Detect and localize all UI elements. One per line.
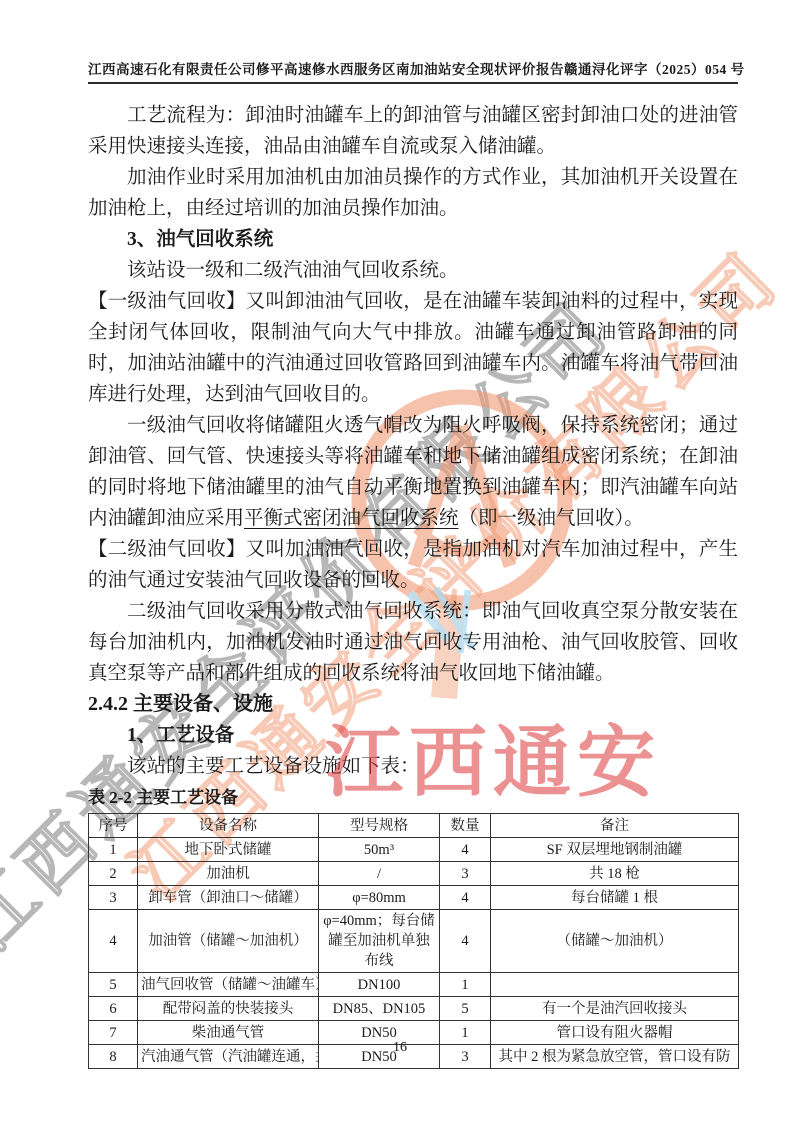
table-body: 1地下卧式储罐50m³4SF 双层埋地钢制油罐2加油机/3共 18 枪3卸车管（…	[89, 838, 739, 1069]
table-header-cell: 备注	[491, 814, 739, 838]
table-cell: 有一个是油汽回收接头	[491, 997, 739, 1021]
table-cell: DN85、DN105	[319, 997, 440, 1021]
table-row: 6配带闷盖的快装接头DN85、DN1055有一个是油汽回收接头	[89, 997, 739, 1021]
table-cell: 配带闷盖的快装接头	[138, 997, 319, 1021]
table-cell: 5	[89, 973, 138, 997]
table-cell: 4	[89, 910, 138, 973]
table-cell	[491, 973, 739, 997]
page-number: 16	[0, 1040, 800, 1056]
table-header-cell: 型号规格	[319, 814, 440, 838]
table-cell: DN100	[319, 973, 440, 997]
table-cell: 1	[89, 838, 138, 862]
text-segment: （即一级油气回收）。	[459, 508, 644, 529]
table-caption: 表 2-2 主要工艺设备	[88, 782, 738, 813]
paragraph-primary-recovery: 【一级油气回收】又叫卸油油气回收，是在油罐车装卸油料的过程中，实现全封闭气体回收…	[88, 286, 738, 410]
table-cell: 地下卧式储罐	[138, 838, 319, 862]
header-doc-number: 赣通浔化评字（2025）054 号	[564, 58, 745, 78]
table-cell: 加油机	[138, 862, 319, 886]
table-cell: （储罐～加油机）	[491, 910, 739, 973]
table-cell: 3	[89, 886, 138, 910]
table-header-row: 序号设备名称型号规格数量备注	[89, 814, 739, 838]
heading-vapor-recovery: 3、油气回收系统	[88, 224, 738, 255]
table-cell: 4	[440, 910, 491, 973]
table-cell: /	[319, 862, 440, 886]
table-header-cell: 设备名称	[138, 814, 319, 838]
table-cell: 4	[440, 886, 491, 910]
table-cell: 5	[440, 997, 491, 1021]
table-cell: φ=40mm；每台储罐至加油机单独布线	[319, 910, 440, 973]
heading-section-242: 2.4.2 主要设备、设施	[88, 689, 738, 720]
table-cell: φ=80mm	[319, 886, 440, 910]
document-body: 工艺流程为：卸油时油罐车上的卸油管与油罐区密封卸油口处的进油管采用快速接头连接，…	[88, 100, 738, 1069]
table-cell: 卸车管（卸油口～储罐）	[138, 886, 319, 910]
table-header-cell: 序号	[89, 814, 138, 838]
paragraph-station-systems: 该站设一级和二级汽油油气回收系统。	[88, 255, 738, 286]
table-cell: 每台储罐 1 根	[491, 886, 739, 910]
paragraph-secondary-recovery-detail: 二级油气回收采用分散式油气回收系统：即油气回收真空泵分散安装在每台加油机内，加油…	[88, 596, 738, 689]
table-cell: 加油管（储罐～加油机）	[138, 910, 319, 973]
table-cell: 50m³	[319, 838, 440, 862]
table-row: 3卸车管（卸油口～储罐）φ=80mm4每台储罐 1 根	[89, 886, 739, 910]
table-cell: 3	[440, 862, 491, 886]
table-cell: 1	[440, 973, 491, 997]
paragraph-table-intro: 该站的主要工艺设备设施如下表：	[88, 751, 738, 782]
table-row: 2加油机/3共 18 枪	[89, 862, 739, 886]
table-row: 5油气回收管（储罐～油罐车）DN1001	[89, 973, 739, 997]
paragraph-process-flow: 工艺流程为：卸油时油罐车上的卸油管与油罐区密封卸油口处的进油管采用快速接头连接，…	[88, 100, 738, 162]
table-cell: 6	[89, 997, 138, 1021]
table-header-cell: 数量	[440, 814, 491, 838]
header-report-title: 江西高速石化有限责任公司修平高速修水西服务区南加油站安全现状评价报告	[88, 58, 564, 78]
heading-process-equipment: 1、工艺设备	[88, 720, 738, 751]
table-cell: SF 双层埋地钢制油罐	[491, 838, 739, 862]
page-header: 江西高速石化有限责任公司修平高速修水西服务区南加油站安全现状评价报告 赣通浔化评…	[88, 58, 738, 84]
underlined-phrase: 平衡式密闭油气回收系统	[244, 508, 459, 529]
table-cell: 2	[89, 862, 138, 886]
paragraph-primary-recovery-detail: 一级油气回收将储罐阻火透气帽改为阻火呼吸阀，保持系统密闭；通过卸油管、回气管、快…	[88, 410, 738, 534]
table-cell: 4	[440, 838, 491, 862]
table-row: 4加油管（储罐～加油机）φ=40mm；每台储罐至加油机单独布线4（储罐～加油机）	[89, 910, 739, 973]
table-cell: 油气回收管（储罐～油罐车）	[138, 973, 319, 997]
equipment-table: 序号设备名称型号规格数量备注 1地下卧式储罐50m³4SF 双层埋地钢制油罐2加…	[88, 813, 739, 1069]
table-row: 1地下卧式储罐50m³4SF 双层埋地钢制油罐	[89, 838, 739, 862]
paragraph-refueling-operation: 加油作业时采用加油机由加油员操作的方式作业，其加油机开关设置在加油枪上，由经过培…	[88, 162, 738, 224]
paragraph-secondary-recovery: 【二级油气回收】又叫加油油气回收，是指加油机对汽车加油过程中，产生的油气通过安装…	[88, 534, 738, 596]
table-cell: 共 18 枪	[491, 862, 739, 886]
